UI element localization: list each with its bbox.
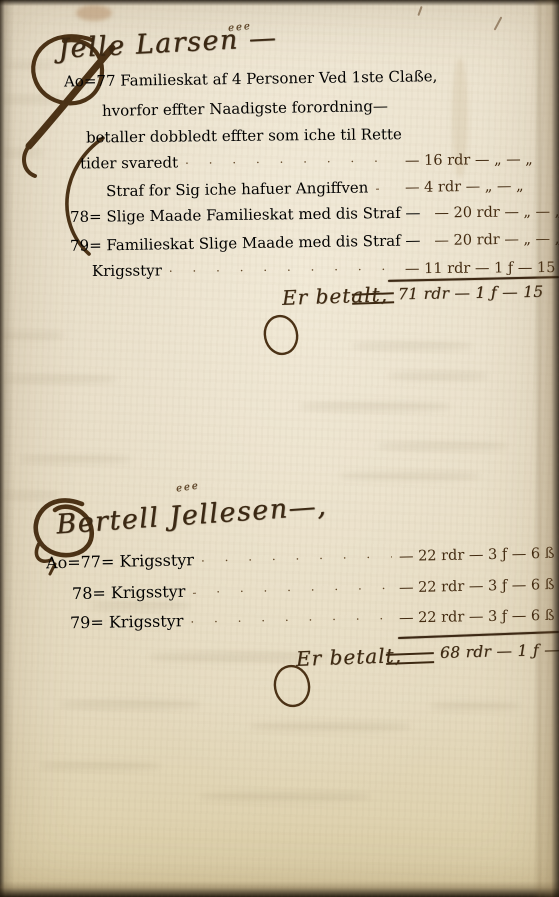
ledger-row: hvorfor effter Naadigste forordning— xyxy=(102,94,557,120)
dot-leader: · · · · · · · · · xyxy=(190,612,392,630)
row-amount: — 22 rdr — 3 ƒ — 6 ß xyxy=(399,577,557,596)
bleed-through-smudge xyxy=(2,96,64,103)
row-text: 79= Familieskat Slige Maade med dis Stra… xyxy=(70,231,421,255)
ledger-row: 78= Slige Maade Familieskat med dis Stra… xyxy=(70,202,557,226)
bleed-through-smudge xyxy=(388,372,488,380)
row-text: betaller dobbledt effter som iche til Re… xyxy=(86,125,402,146)
row-amount: — 22 rdr — 3 ƒ — 6 ß xyxy=(399,546,557,565)
manuscript-page: eee Jelle Larsen — Ao=77 Familieskat af … xyxy=(0,0,559,897)
ledger-row: betaller dobbledt effter som iche til Re… xyxy=(86,124,557,147)
total-loop-flourish xyxy=(258,312,304,358)
row-amount: — 4 rdr — „ — „ xyxy=(405,178,557,196)
bleed-through-smudge xyxy=(378,442,508,450)
ledger-row: tider svaredt · · · · · · · · · · · · · … xyxy=(80,149,557,173)
ledger-row: Straf for Sig iche hafuer Angiffven - - … xyxy=(106,175,557,200)
ink-stain xyxy=(76,5,112,21)
bleed-through-smudge xyxy=(0,332,64,339)
ledger-row: Ao=77 Familieskat af 4 Personer Ved 1ste… xyxy=(64,66,557,91)
row-text: Krigsstyr xyxy=(92,261,162,280)
dot-leader: · · · · · · · · · · · · · · · xyxy=(169,262,398,278)
equals-flourish xyxy=(386,652,434,665)
row-text: Ao=77= Krigsstyr xyxy=(46,550,194,572)
sum-rule xyxy=(398,631,559,639)
bleed-through-smudge xyxy=(20,455,130,463)
row-text: 79= Krigsstyr xyxy=(70,611,184,632)
bleed-through-smudge xyxy=(430,702,520,710)
bleed-through-smudge xyxy=(4,375,116,383)
dot-leader xyxy=(444,80,550,81)
bleed-through-smudge xyxy=(250,722,410,731)
dot-leader: - · · · · · · · · · xyxy=(192,581,392,599)
ledger-row: 79= Krigsstyr · · · · · · · · · — 22 rdr… xyxy=(70,605,557,632)
row-text: Straf for Sig iche hafuer Angiffven xyxy=(106,178,369,200)
entry2-heading: Bertell Jellesen—, xyxy=(55,491,328,541)
equals-flourish xyxy=(352,292,394,304)
total-amount: 68 rdr — 1 ƒ — 18 xyxy=(440,640,559,662)
entry1-heading: Jelle Larsen — xyxy=(57,22,278,64)
row-text: hvorfor effter Naadigste forordning— xyxy=(102,97,388,120)
bleed-through-smudge xyxy=(90,602,190,610)
total-amount: 71 rdr — 1 ƒ — 15 xyxy=(398,283,544,304)
bleed-through-smudge xyxy=(40,762,160,770)
ledger-row: 78= Krigsstyr - · · · · · · · · · — 22 r… xyxy=(72,574,557,603)
ledger-row: Ao=77= Krigsstyr · · · · · · · · · · · —… xyxy=(46,543,557,573)
row-text: tider svaredt xyxy=(80,153,178,172)
ledger-row: 79= Familieskat Slige Maade med dis Stra… xyxy=(70,229,557,255)
bleed-through-smudge xyxy=(0,492,60,499)
page-edge-top xyxy=(0,0,559,6)
row-amount: — 20 rdr — „ — „ xyxy=(434,231,559,249)
row-text: 78= Slige Maade Familieskat med dis Stra… xyxy=(70,204,421,226)
bleed-through-smudge xyxy=(6,62,56,68)
dot-leader: · · · · · · · · · · · xyxy=(201,550,392,568)
bleed-through-smudge xyxy=(300,402,450,411)
dot-leader xyxy=(409,138,550,139)
abbreviation-mark: eee xyxy=(175,480,200,494)
bleed-through-smudge xyxy=(200,792,370,801)
row-text: Ao=77 Familieskat af 4 Personer Ved 1ste… xyxy=(64,67,438,90)
row-amount: — 22 rdr — 3 ƒ — 6 ß xyxy=(399,608,557,627)
stray-ink-mark xyxy=(417,6,422,16)
row-amount: — 16 rdr — „ — „ xyxy=(405,152,557,170)
row-text: 78= Krigsstyr xyxy=(72,582,186,603)
page-edge-left xyxy=(0,0,14,897)
bleed-through-smudge xyxy=(2,150,44,156)
bleed-through-smudge xyxy=(352,342,472,350)
page-edge-bottom xyxy=(0,881,559,897)
bleed-through-smudge xyxy=(60,700,200,709)
dot-leader: - - · xyxy=(375,181,398,195)
bleed-through-smudge xyxy=(340,472,480,480)
dot-leader: · · · · · · · · · · · · · · xyxy=(185,154,398,170)
row-amount: — 20 rdr — „ — „ xyxy=(434,204,559,222)
stray-ink-mark xyxy=(494,16,503,30)
dot-leader xyxy=(395,108,550,111)
row-amount: — 11 rdr — 1 ƒ — 15 xyxy=(405,260,557,277)
ledger-row: Krigsstyr · · · · · · · · · · · · · · · … xyxy=(92,257,557,280)
